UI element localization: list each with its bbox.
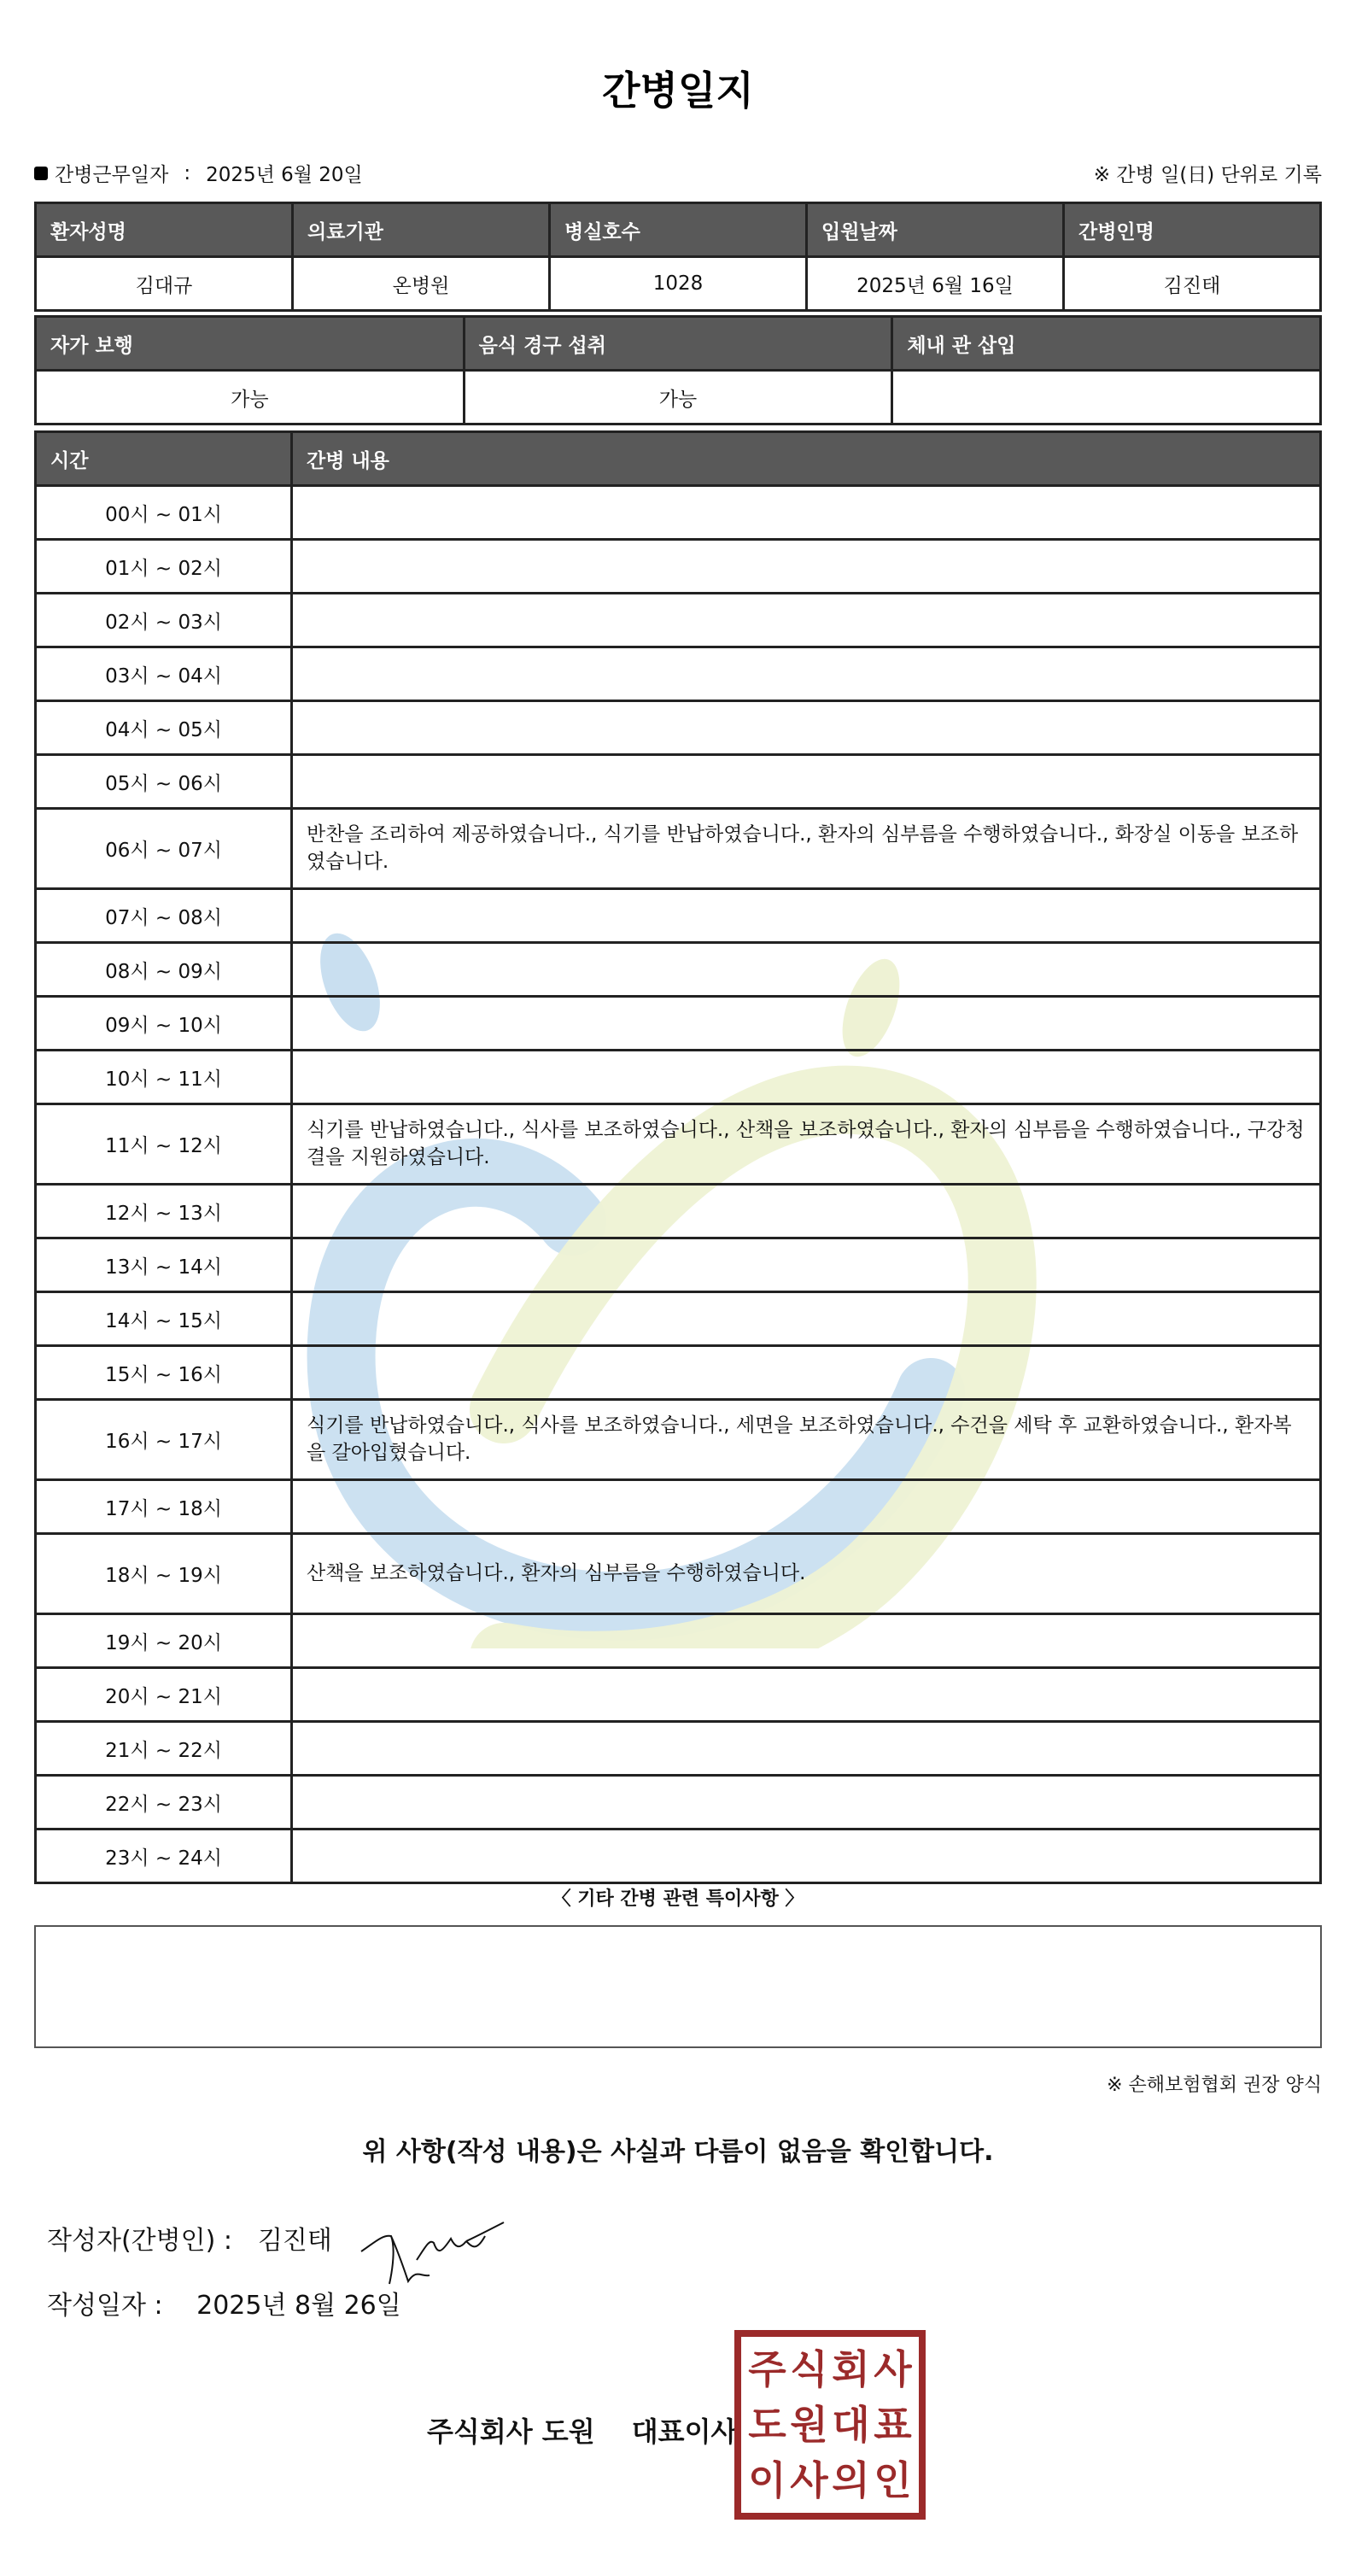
care-log-row: 01시 ~ 02시 [36, 540, 1321, 594]
time-slot-label: 10시 ~ 11시 [36, 1051, 292, 1104]
care-log-row: 02시 ~ 03시 [36, 594, 1321, 647]
time-slot-label: 06시 ~ 07시 [36, 809, 292, 889]
time-slot-label: 02시 ~ 03시 [36, 594, 292, 647]
care-content-field[interactable]: 산책을 보조하였습니다., 환자의 심부름을 수행하였습니다. [292, 1534, 1321, 1614]
care-log-row: 22시 ~ 23시 [36, 1776, 1321, 1830]
care-content-field[interactable]: 식기를 반납하였습니다., 식사를 보조하였습니다., 산책을 보조하였습니다.… [292, 1104, 1321, 1185]
care-log-row: 10시 ~ 11시 [36, 1051, 1321, 1104]
care-content-field[interactable] [292, 1238, 1321, 1292]
care-content-field[interactable] [292, 1776, 1321, 1830]
stamp-character: 도 [748, 2405, 786, 2444]
author-row: 작성자(간병인) : 김진태 [47, 2219, 332, 2257]
care-log-table: 시간 간병 내용 00시 ~ 01시01시 ~ 02시02시 ~ 03시03시 … [34, 430, 1322, 1884]
time-slot-label: 05시 ~ 06시 [36, 755, 292, 809]
time-slot-label: 07시 ~ 08시 [36, 889, 292, 943]
oral-intake-field[interactable]: 가능 [464, 371, 892, 424]
time-slot-label: 15시 ~ 16시 [36, 1346, 292, 1400]
time-slot-label: 23시 ~ 24시 [36, 1830, 292, 1883]
care-content-field[interactable]: 반찬을 조리하여 제공하였습니다., 식기를 반납하였습니다., 환자의 심부름… [292, 809, 1321, 889]
time-slot-label: 14시 ~ 15시 [36, 1292, 292, 1346]
care-log-row: 07시 ~ 08시 [36, 889, 1321, 943]
work-date-row: 간병근무일자 : 2025년 6월 20일 ※ 간병 일(日) 단위로 기록 [34, 159, 1322, 188]
header-self-walking: 자가 보행 [36, 317, 465, 371]
patient-status-table: 자가 보행 음식 경구 섭취 체내 관 삽입 가능 가능 [34, 315, 1322, 425]
care-log-row: 09시 ~ 10시 [36, 997, 1321, 1051]
care-content-field[interactable] [292, 701, 1321, 755]
time-slot-label: 19시 ~ 20시 [36, 1614, 292, 1668]
care-log-row: 23시 ~ 24시 [36, 1830, 1321, 1883]
stamp-character: 표 [874, 2405, 911, 2444]
stamp-character: 대 [832, 2405, 869, 2444]
stamp-character: 사 [790, 2461, 827, 2500]
company-role: 대표이사 [632, 2415, 738, 2448]
stamp-character: 의 [832, 2461, 869, 2500]
care-log-row: 05시 ~ 06시 [36, 755, 1321, 809]
stamp-character: 인 [874, 2461, 911, 2500]
care-log-row: 16시 ~ 17시식기를 반납하였습니다., 식사를 보조하였습니다., 세면을… [36, 1400, 1321, 1480]
author-label: 작성자(간병인) : [47, 2219, 232, 2257]
header-caregiver-name: 간병인명 [1064, 203, 1321, 257]
header-tube-insertion: 체내 관 삽입 [892, 317, 1321, 371]
care-log-row: 13시 ~ 14시 [36, 1238, 1321, 1292]
confirmation-statement: 위 사항(작성 내용)은 사실과 다름이 없음을 확인합니다. [0, 2130, 1356, 2168]
patient-info-table: 환자성명 의료기관 병실호수 입원날짜 간병인명 김대규 온병원 1028 20… [34, 202, 1322, 312]
care-content-field[interactable] [292, 1480, 1321, 1534]
care-log-row: 19시 ~ 20시 [36, 1614, 1321, 1668]
caregiver-name-field[interactable]: 김진태 [1064, 257, 1321, 311]
hospital-field[interactable]: 온병원 [293, 257, 550, 311]
care-log-row: 15시 ~ 16시 [36, 1346, 1321, 1400]
admission-date-field[interactable]: 2025년 6월 16일 [807, 257, 1064, 311]
written-date-label: 작성일자 : [47, 2291, 163, 2321]
signature-icon [357, 2217, 511, 2286]
work-date-value: 2025년 6월 20일 [206, 159, 363, 187]
care-content-field[interactable] [292, 486, 1321, 540]
header-care-content: 간병 내용 [292, 432, 1321, 486]
care-content-field[interactable] [292, 540, 1321, 594]
time-slot-label: 22시 ~ 23시 [36, 1776, 292, 1830]
stamp-character: 원 [790, 2405, 827, 2444]
work-date-label: 간병근무일자 [55, 159, 168, 187]
care-log-row: 20시 ~ 21시 [36, 1668, 1321, 1722]
time-slot-label: 01시 ~ 02시 [36, 540, 292, 594]
stamp-character: 주 [748, 2350, 786, 2389]
record-unit-note: ※ 간병 일(日) 단위로 기록 [1094, 159, 1322, 187]
time-slot-label: 20시 ~ 21시 [36, 1668, 292, 1722]
header-hospital: 의료기관 [293, 203, 550, 257]
care-content-field[interactable] [292, 1051, 1321, 1104]
time-slot-label: 16시 ~ 17시 [36, 1400, 292, 1480]
care-content-field[interactable] [292, 997, 1321, 1051]
care-log-row: 11시 ~ 12시식기를 반납하였습니다., 식사를 보조하였습니다., 산책을… [36, 1104, 1321, 1185]
time-slot-label: 21시 ~ 22시 [36, 1722, 292, 1776]
bullet-square-icon [34, 167, 48, 180]
care-content-field[interactable] [292, 1346, 1321, 1400]
time-slot-label: 09시 ~ 10시 [36, 997, 292, 1051]
time-slot-label: 12시 ~ 13시 [36, 1185, 292, 1238]
time-slot-label: 13시 ~ 14시 [36, 1238, 292, 1292]
special-notes-field[interactable] [34, 1925, 1322, 2048]
time-slot-label: 11시 ~ 12시 [36, 1104, 292, 1185]
care-content-field[interactable] [292, 943, 1321, 997]
self-walking-field[interactable]: 가능 [36, 371, 465, 424]
care-log-row: 08시 ~ 09시 [36, 943, 1321, 997]
care-log-row: 18시 ~ 19시산책을 보조하였습니다., 환자의 심부름을 수행하였습니다. [36, 1534, 1321, 1614]
header-patient-name: 환자성명 [36, 203, 293, 257]
care-content-field[interactable] [292, 889, 1321, 943]
written-date-row: 작성일자 : 2025년 8월 26일 [47, 2284, 401, 2321]
form-source-note: ※ 손해보험협회 권장 양식 [1107, 2070, 1322, 2097]
document-title: 간병일지 [0, 60, 1356, 116]
header-time: 시간 [36, 432, 292, 486]
header-admission-date: 입원날짜 [807, 203, 1064, 257]
care-log-row: 00시 ~ 01시 [36, 486, 1321, 540]
tube-insertion-field[interactable] [892, 371, 1321, 424]
stamp-character: 사 [874, 2350, 911, 2389]
company-name: 주식회사 도원 [427, 2415, 595, 2448]
care-log-rows: 00시 ~ 01시01시 ~ 02시02시 ~ 03시03시 ~ 04시04시 … [36, 486, 1321, 1883]
care-log-row: 12시 ~ 13시 [36, 1185, 1321, 1238]
time-slot-label: 18시 ~ 19시 [36, 1534, 292, 1614]
work-date-separator: : [184, 162, 190, 184]
care-content-field[interactable] [292, 1185, 1321, 1238]
care-log-row: 14시 ~ 15시 [36, 1292, 1321, 1346]
patient-name-field[interactable]: 김대규 [36, 257, 293, 311]
header-oral-intake: 음식 경구 섭취 [464, 317, 892, 371]
written-date-value: 2025년 8월 26일 [196, 2291, 401, 2321]
care-log-row: 21시 ~ 22시 [36, 1722, 1321, 1776]
special-notes-title: 〈 기타 간병 관련 특이사항 〉 [0, 1884, 1356, 1911]
care-content-field[interactable] [292, 594, 1321, 647]
time-slot-label: 08시 ~ 09시 [36, 943, 292, 997]
company-signature-line: 주식회사 도원 대표이사 [427, 2410, 737, 2450]
care-content-field[interactable] [292, 1830, 1321, 1883]
care-content-field[interactable] [292, 1668, 1321, 1722]
time-slot-label: 00시 ~ 01시 [36, 486, 292, 540]
stamp-character: 회 [832, 2350, 869, 2389]
care-log-row: 17시 ~ 18시 [36, 1480, 1321, 1534]
room-number-field[interactable]: 1028 [550, 257, 807, 311]
company-seal-stamp: 주식회사도원대표이사의인 [734, 2330, 926, 2520]
header-room-number: 병실호수 [550, 203, 807, 257]
time-slot-label: 17시 ~ 18시 [36, 1480, 292, 1534]
care-log-row: 04시 ~ 05시 [36, 701, 1321, 755]
care-content-field[interactable] [292, 1292, 1321, 1346]
stamp-character: 식 [790, 2350, 827, 2389]
care-content-field[interactable]: 식기를 반납하였습니다., 식사를 보조하였습니다., 세면을 보조하였습니다.… [292, 1400, 1321, 1480]
care-log-row: 03시 ~ 04시 [36, 647, 1321, 701]
author-name: 김진태 [258, 2219, 332, 2257]
care-content-field[interactable] [292, 1614, 1321, 1668]
care-content-field[interactable] [292, 1722, 1321, 1776]
time-slot-label: 03시 ~ 04시 [36, 647, 292, 701]
care-log-row: 06시 ~ 07시반찬을 조리하여 제공하였습니다., 식기를 반납하였습니다.… [36, 809, 1321, 889]
care-content-field[interactable] [292, 647, 1321, 701]
care-content-field[interactable] [292, 755, 1321, 809]
time-slot-label: 04시 ~ 05시 [36, 701, 292, 755]
stamp-character: 이 [748, 2461, 786, 2500]
